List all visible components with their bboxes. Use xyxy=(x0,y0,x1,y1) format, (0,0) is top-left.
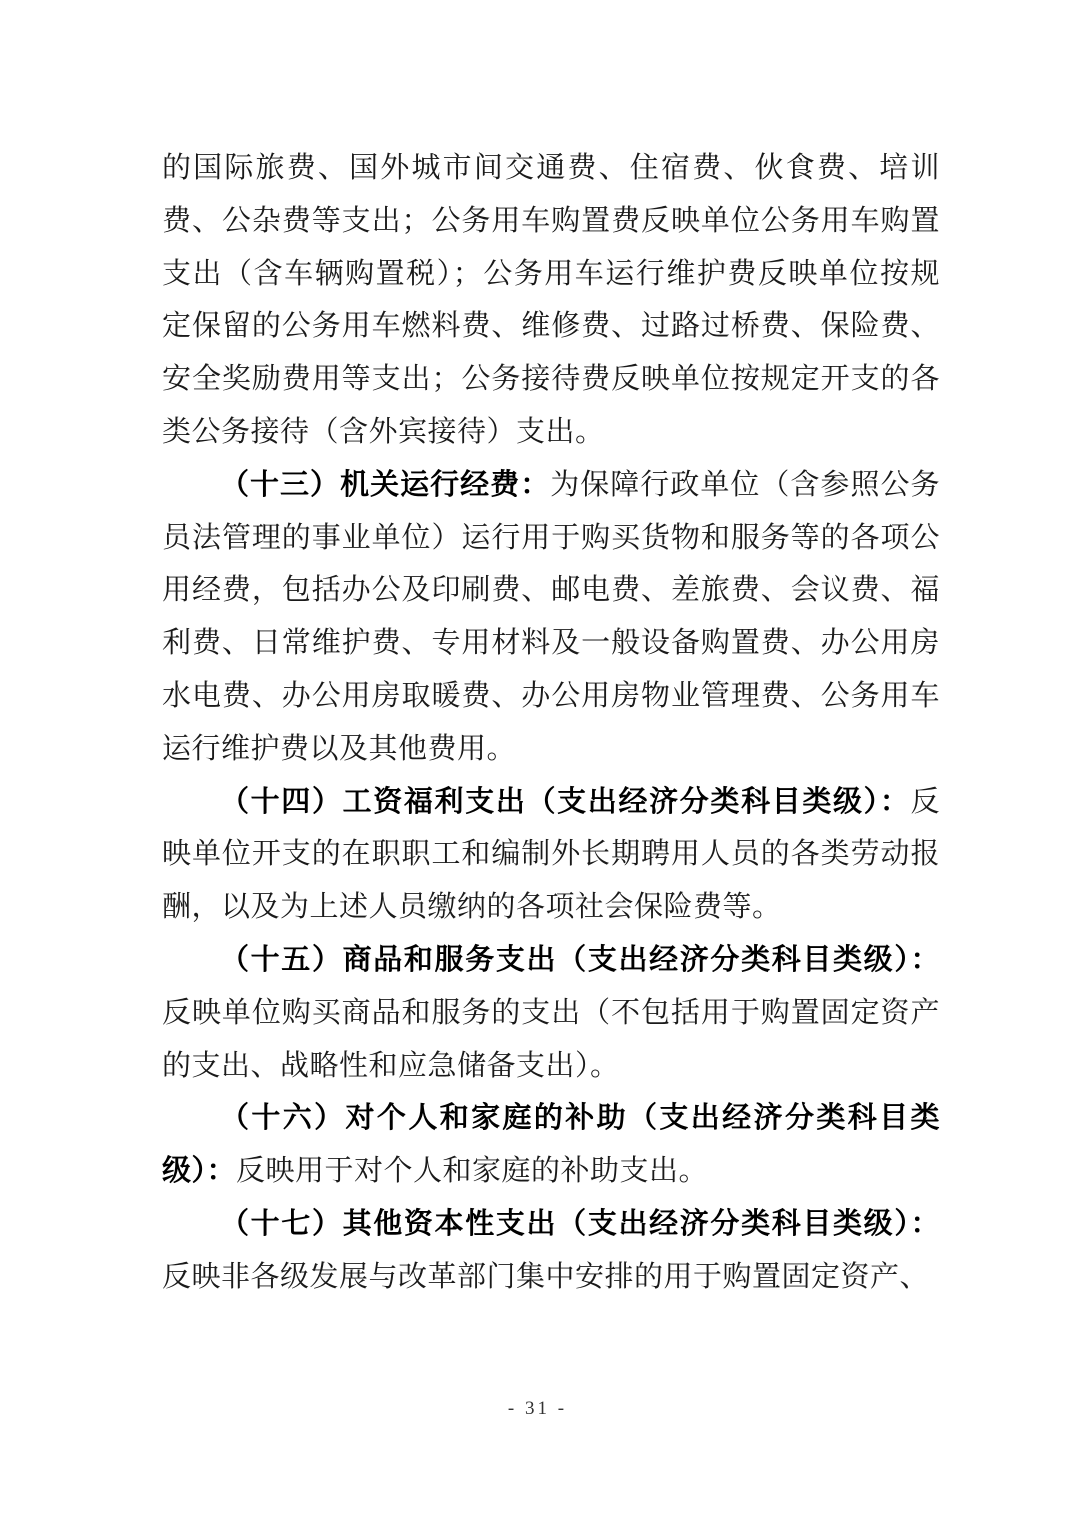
paragraph: （十四）工资福利支出（支出经济分类科目类级）：反映单位开支的在职职工和编制外长期… xyxy=(162,776,940,934)
paragraph-body: 的国际旅费、国外城市间交通费、住宿费、伙食费、培训费、公杂费等支出；公务用车购置… xyxy=(162,152,940,448)
document-body: 的国际旅费、国外城市间交通费、住宿费、伙食费、培训费、公杂费等支出；公务用车购置… xyxy=(162,142,940,1304)
paragraph-body: 反映非各级发展与改革部门集中安排的用于购置固定资产、 xyxy=(162,1261,929,1293)
paragraph: （十五）商品和服务支出（支出经济分类科目类级）：反映单位购买商品和服务的支出（不… xyxy=(162,934,940,1092)
paragraph-lead: （十五）商品和服务支出（支出经济分类科目类级）： xyxy=(220,944,940,976)
document-page: 的国际旅费、国外城市间交通费、住宿费、伙食费、培训费、公杂费等支出；公务用车购置… xyxy=(0,0,1075,1520)
paragraph-body: 反映单位购买商品和服务的支出（不包括用于购置固定资产的支出、战略性和应急储备支出… xyxy=(162,997,940,1082)
paragraph-lead: （十三）机关运行经费： xyxy=(220,469,550,501)
paragraph-body: 为保障行政单位（含参照公务员法管理的事业单位）运行用于购买货物和服务等的各项公用… xyxy=(162,469,940,765)
paragraph-body: 反映用于对个人和家庭的补助支出。 xyxy=(236,1155,708,1187)
paragraph: （十七）其他资本性支出（支出经济分类科目类级）：反映非各级发展与改革部门集中安排… xyxy=(162,1198,940,1304)
paragraph: （十六）对个人和家庭的补助（支出经济分类科目类级）：反映用于对个人和家庭的补助支… xyxy=(162,1092,940,1198)
paragraph-lead: （十四）工资福利支出（支出经济分类科目类级）： xyxy=(220,786,910,818)
paragraph: 的国际旅费、国外城市间交通费、住宿费、伙食费、培训费、公杂费等支出；公务用车购置… xyxy=(162,142,940,459)
page-number: - 31 - xyxy=(0,1398,1075,1420)
paragraph-lead: （十七）其他资本性支出（支出经济分类科目类级）： xyxy=(220,1208,940,1240)
paragraph: （十三）机关运行经费：为保障行政单位（含参照公务员法管理的事业单位）运行用于购买… xyxy=(162,459,940,776)
